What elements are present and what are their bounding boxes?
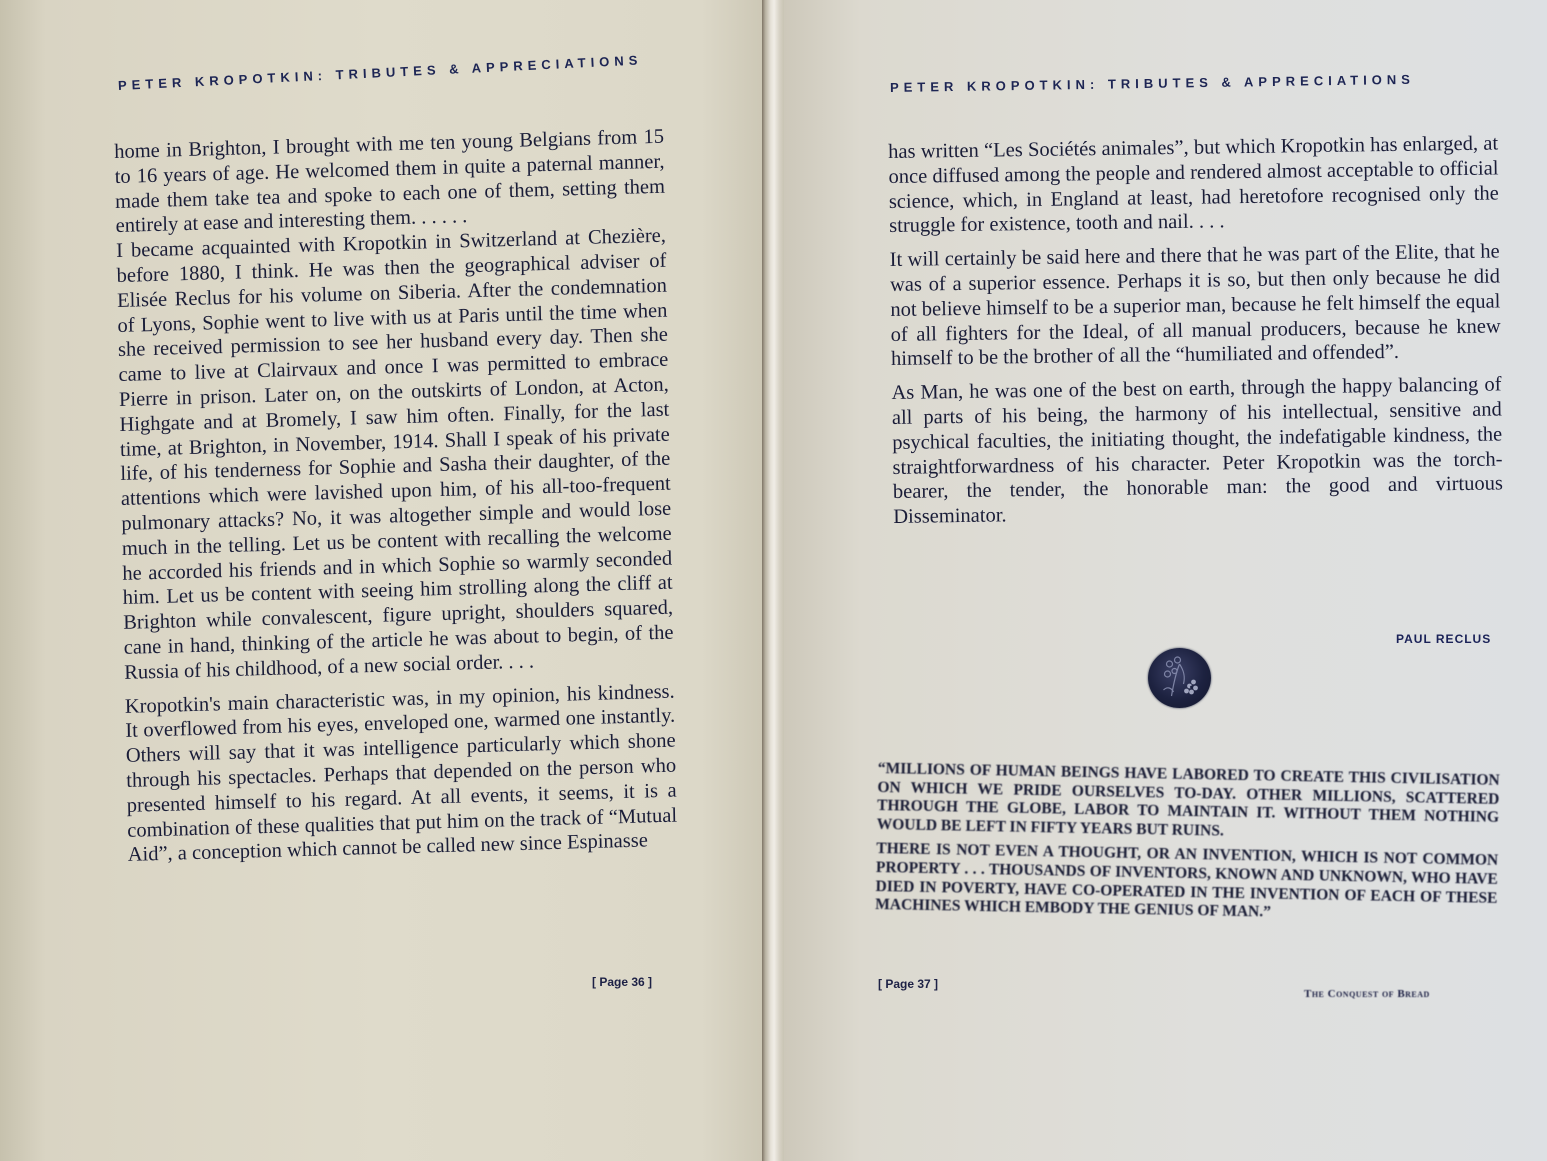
left-page: PETER KROPOTKIN: TRIBUTES & APPRECIATION… (0, 0, 762, 1161)
paragraph: As Man, he was one of the best on earth,… (891, 373, 1503, 530)
running-head: PETER KROPOTKIN: TRIBUTES & APPRECIATION… (890, 72, 1415, 95)
paragraph: Kropotkin's main characteristic was, in … (125, 679, 678, 868)
paragraph: I became acquainted with Kropotkin in Sw… (116, 224, 674, 686)
page-number: [ Page 36 ] (592, 975, 652, 989)
running-head: PETER KROPOTKIN: TRIBUTES & APPRECIATION… (118, 52, 643, 93)
quote-paragraph: There is not even a thought, or an inven… (875, 840, 1498, 926)
paragraph: It will certainly be said here and there… (890, 240, 1502, 372)
right-page: PETER KROPOTKIN: TRIBUTES & APPRECIATION… (784, 0, 1547, 1161)
quote-paragraph: “Millions of human beings have labored t… (877, 760, 1500, 846)
paragraph: has written “Les Sociétés animales”, but… (888, 131, 1499, 239)
epigraph-quote: “Millions of human beings have labored t… (875, 760, 1500, 933)
floral-medallion-icon (1148, 648, 1211, 708)
left-page-body: home in Brighton, I brought with me ten … (114, 125, 678, 877)
page-number: [ Page 37 ] (878, 977, 938, 991)
author-signature: PAUL RECLUS (1396, 632, 1491, 646)
right-page-body: has written “Les Sociétés animales”, but… (888, 131, 1504, 538)
quote-source: The Conquest of Bread (1304, 988, 1430, 1000)
paragraph: home in Brighton, I brought with me ten … (114, 125, 666, 240)
book-spread: PETER KROPOTKIN: TRIBUTES & APPRECIATION… (0, 0, 1547, 1161)
book-gutter (762, 0, 784, 1161)
